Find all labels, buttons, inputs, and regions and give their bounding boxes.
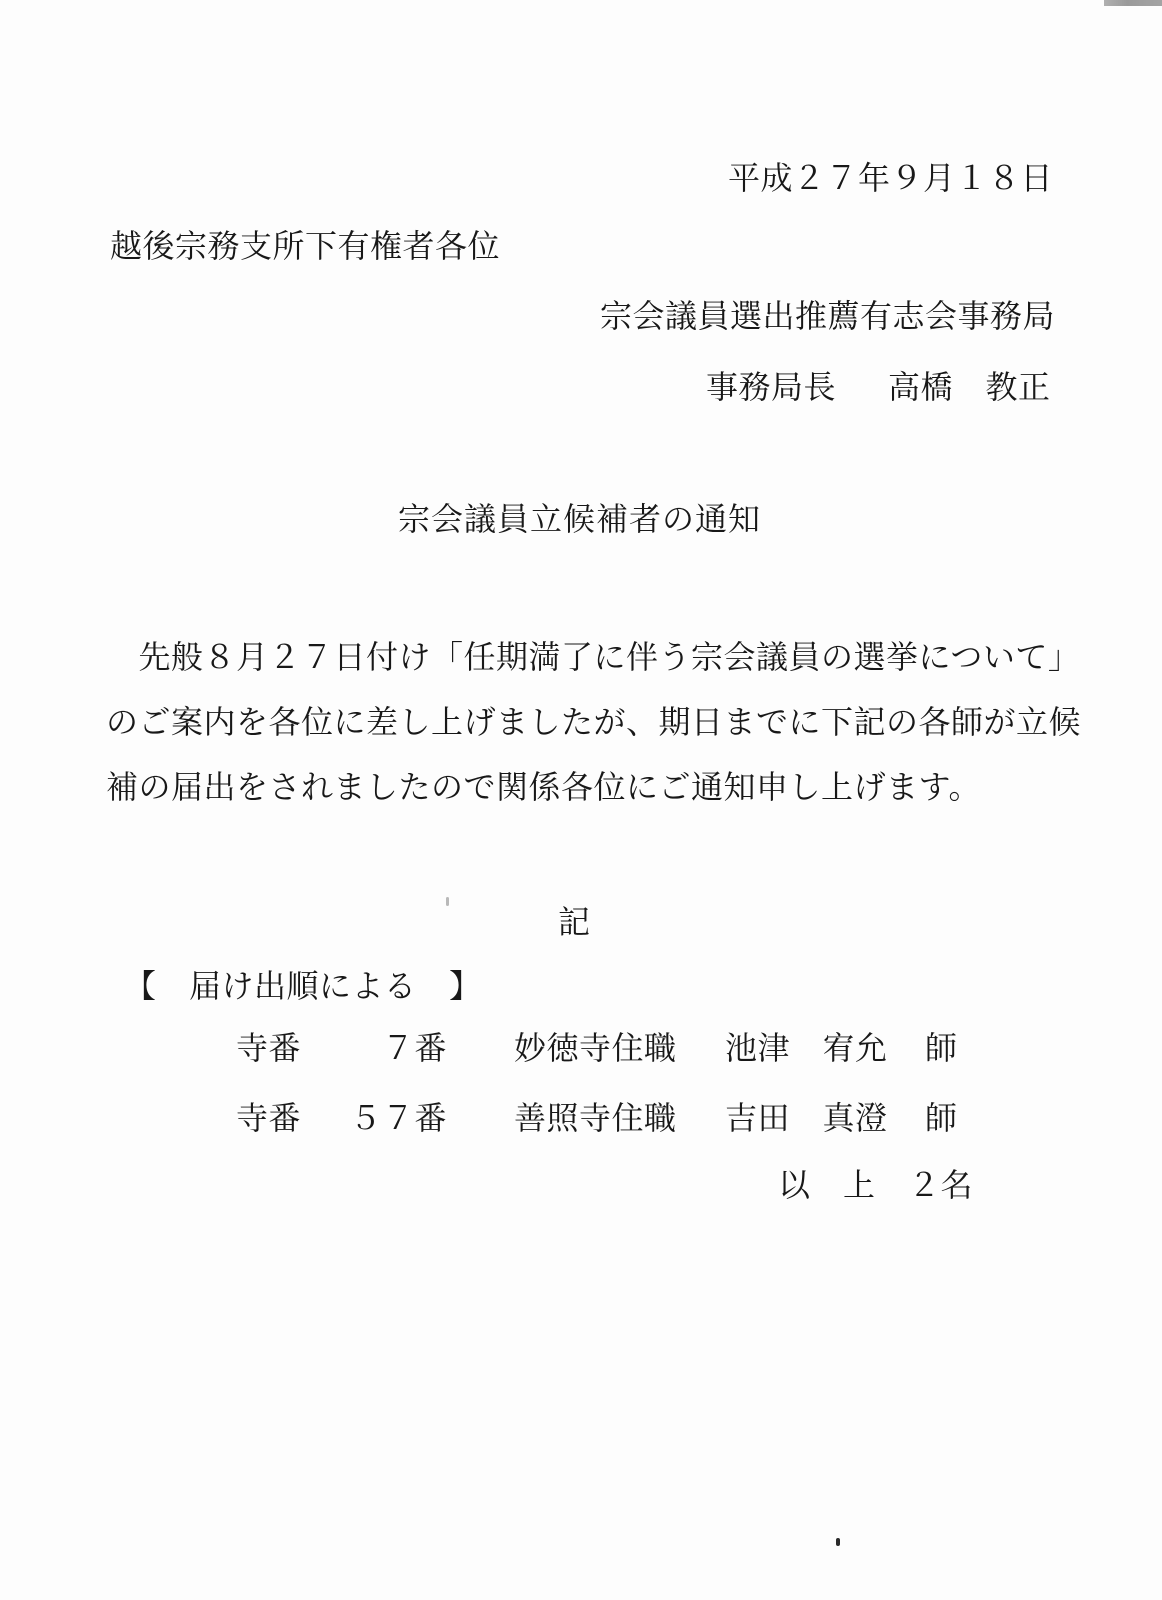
temple-no: ７番	[290, 1028, 447, 1068]
candidate-name: 吉田 真澄	[725, 1098, 888, 1138]
body-line: のご案内を各位に差し上げましたが、期日までに下記の各師が立候	[106, 702, 1081, 742]
order-note: 【 届け出順による 】	[124, 966, 482, 1006]
body-line: 補の届出をされましたので関係各位にご通知申し上げます。	[106, 767, 981, 807]
scan-speck	[836, 1538, 840, 1546]
sender-title: 事務局長	[706, 367, 836, 407]
candidate-name: 池津 宥允	[725, 1028, 888, 1068]
temple-role: 妙徳寺住職	[514, 1028, 677, 1068]
honorific-label: 師	[925, 1098, 958, 1138]
candidate-row: 寺番 ５７番 善照寺住職 吉田 真澄 師	[0, 1098, 1162, 1142]
temple-no: ５７番	[290, 1098, 447, 1138]
record-marker: 記	[558, 902, 591, 942]
date-line: 平成２７年９月１８日	[728, 158, 1053, 198]
scanned-document-page: 平成２７年９月１８日 越後宗務支所下有権者各位 宗会議員選出推薦有志会事務局 事…	[0, 0, 1162, 1600]
sender-name: 高橋 教正	[888, 367, 1051, 407]
document-title: 宗会議員立候補者の通知	[398, 499, 761, 539]
scan-speck	[446, 897, 449, 906]
total-line: 以 上 ２名	[778, 1165, 973, 1205]
candidate-row: 寺番 ７番 妙徳寺住職 池津 宥允 師	[0, 1028, 1162, 1072]
scan-artifact-corner	[1104, 0, 1162, 6]
sender-org-line: 宗会議員選出推薦有志会事務局	[600, 296, 1055, 336]
honorific-label: 師	[925, 1028, 958, 1068]
addressee-line: 越後宗務支所下有権者各位	[110, 226, 500, 266]
temple-role: 善照寺住職	[514, 1098, 677, 1138]
body-line: 先般８月２７日付け「任期満了に伴う宗会議員の選挙について」	[106, 637, 1080, 677]
